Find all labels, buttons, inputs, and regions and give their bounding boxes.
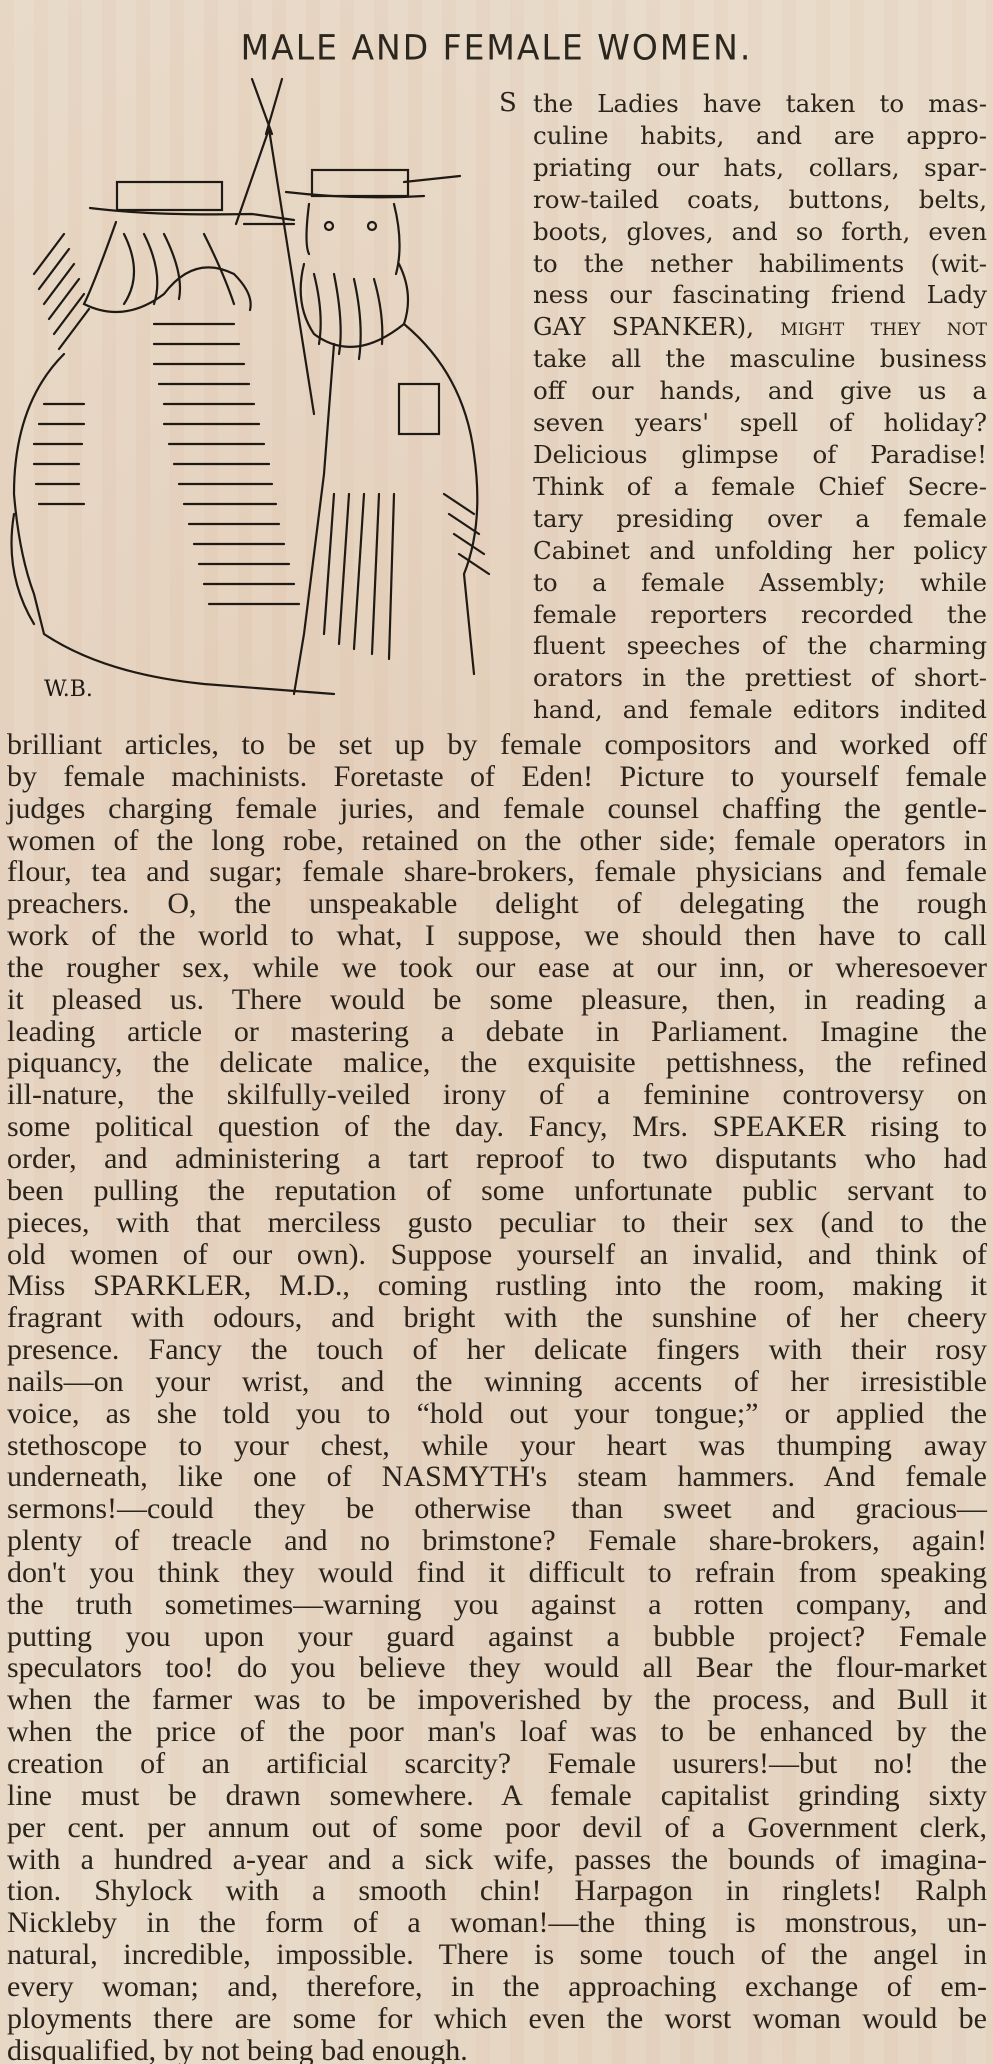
text-line: it pleased us. There would be some pleas… — [7, 984, 987, 1016]
text-line: nails—on your wrist, and the winning acc… — [7, 1366, 987, 1398]
text-line: Cabinet and unfolding her policy — [533, 535, 987, 567]
text-line: by female machinists. Foretaste of Eden!… — [7, 761, 987, 793]
text-line: speculators too! do you believe they wou… — [7, 1652, 987, 1684]
drop-cap: S — [499, 88, 517, 120]
article-title: MALE AND FEMALE WOMEN. — [0, 27, 993, 68]
text-line: old women of our own). Suppose yourself … — [7, 1239, 987, 1271]
text-line: when the farmer was to be impoverished b… — [7, 1684, 987, 1716]
full-width-text: brilliant articles, to be set up by fema… — [7, 729, 987, 2064]
text-line: culine habits, and are appro- — [533, 120, 987, 152]
text-line: presence. Fancy the touch of her delicat… — [7, 1334, 987, 1366]
text-line: stethoscope to your chest, while your he… — [7, 1430, 987, 1462]
text-line: plenty of treacle and no brimstone? Fema… — [7, 1525, 987, 1557]
text-line: don't you think they would find it diffi… — [7, 1557, 987, 1589]
text-line: per cent. per annum out of some poor dev… — [7, 1812, 987, 1844]
text-line: Miss SPARKLER, M.D., coming rustling int… — [7, 1270, 987, 1302]
text-line: some political question of the day. Fanc… — [7, 1111, 987, 1143]
text-line: ill-nature, the skilfully-veiled irony o… — [7, 1079, 987, 1111]
two-bearded-figures-engraving-icon: W.B. — [4, 74, 499, 706]
text-line: putting you upon your guard against a bu… — [7, 1621, 987, 1653]
text-line: flour, tea and sugar; female share-broke… — [7, 856, 987, 888]
text-line: Delicious glimpse of Paradise! — [533, 439, 987, 471]
text-line: work of the world to what, I suppose, we… — [7, 920, 987, 952]
text-line: fluent speeches of the charming — [533, 630, 987, 662]
text-line: seven years' spell of holiday? — [533, 407, 987, 439]
text-line: leading article or mastering a debate in… — [7, 1016, 987, 1048]
text-line: women of the long robe, retained on the … — [7, 825, 987, 857]
text-line: order, and administering a tart reproof … — [7, 1143, 987, 1175]
text-line: ployments there are some for which even … — [7, 2003, 987, 2035]
text-line: every woman; and, therefore, in the appr… — [7, 1971, 987, 2003]
text-line: the Ladies have taken to mas- — [533, 88, 987, 120]
text-line: tion. Shylock with a smooth chin! Harpag… — [7, 1875, 987, 1907]
text-line: pieces, with that merciless gusto peculi… — [7, 1207, 987, 1239]
text-line: take all the masculine business — [533, 343, 987, 375]
text-line: priating our hats, collars, spar- — [533, 152, 987, 184]
text-line: preachers. O, the unspeakable delight of… — [7, 888, 987, 920]
text-line: with a hundred a-year and a sick wife, p… — [7, 1844, 987, 1876]
text-line: judges charging female juries, and femal… — [7, 793, 987, 825]
text-line: fragrant with odours, and bright with th… — [7, 1302, 987, 1334]
text-line: natural, incredible, impossible. There i… — [7, 1939, 987, 1971]
text-line: underneath, like one of NASMYTH's steam … — [7, 1461, 987, 1493]
text-line: off our hands, and give us a — [533, 375, 987, 407]
text-line: GAY SPANKER), might they not — [533, 311, 987, 343]
text-line: when the price of the poor man's loaf wa… — [7, 1716, 987, 1748]
text-line: to a female Assembly; while — [533, 567, 987, 599]
text-line: the rougher sex, while we took our ease … — [7, 952, 987, 984]
text-line: piquancy, the delicate malice, the exqui… — [7, 1047, 987, 1079]
artist-signature: W.B. — [44, 677, 93, 702]
text-line: row-tailed coats, buttons, belts, — [533, 184, 987, 216]
text-line: female reporters recorded the — [533, 599, 987, 631]
text-line: to the nether habiliments (wit- — [533, 248, 987, 280]
text-line: disqualified, by not being bad enough. — [7, 2035, 987, 2064]
engraving-illustration: W.B. — [4, 74, 499, 706]
text-line: brilliant articles, to be set up by fema… — [7, 729, 987, 761]
text-line: Nickleby in the form of a woman!—the thi… — [7, 1907, 987, 1939]
text-line: hand, and female editors indited — [533, 694, 987, 726]
text-line: boots, gloves, and so forth, even — [533, 216, 987, 248]
right-column-text: the Ladies have taken to mas- culine hab… — [533, 88, 987, 726]
text-line: line must be drawn somewhere. A female c… — [7, 1780, 987, 1812]
text-line: the truth sometimes—warning you against … — [7, 1589, 987, 1621]
text-line: creation of an artificial scarcity? Fema… — [7, 1748, 987, 1780]
text-line: voice, as she told you to “hold out your… — [7, 1398, 987, 1430]
text-line: sermons!—could they be otherwise than sw… — [7, 1493, 987, 1525]
text-line: been pulling the reputation of some unfo… — [7, 1175, 987, 1207]
text-line: ness our fascinating friend Lady — [533, 279, 987, 311]
text-line: tary presiding over a female — [533, 503, 987, 535]
text-line: orators in the prettiest of short- — [533, 662, 987, 694]
text-line: Think of a female Chief Secre- — [533, 471, 987, 503]
